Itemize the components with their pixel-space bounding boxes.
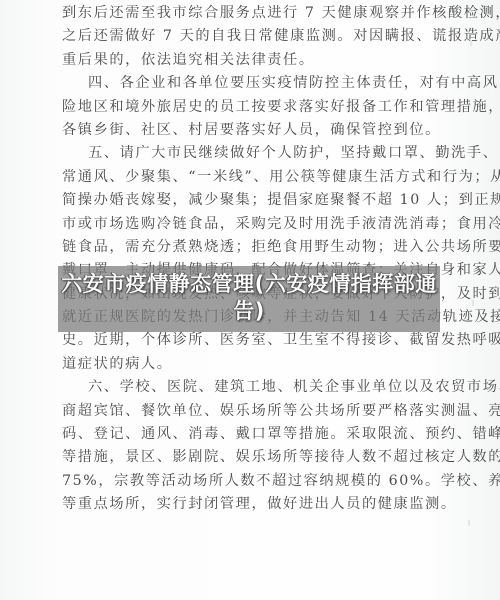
document-line: 码、登记、通风、消毒、戴口罩等措施。采取限流、预约、错峰 bbox=[62, 423, 430, 446]
document-line: 各镇乡街、社区、村居要落实好人员，确保管控到位。 bbox=[62, 119, 430, 142]
document-line: 史。近期，个体诊所、医务室、卫生室不得接诊、截留发热呼吸 bbox=[62, 329, 430, 352]
document-line: 链食品，需充分煮熟烧透；拒绝食用野生动物；进入公共场所要 bbox=[62, 236, 430, 259]
document-line: 道症状的病人。 bbox=[62, 353, 430, 376]
document-line: 之后还需做好 7 天的自我日常健康监测。对因瞒报、谎报造成严 bbox=[62, 25, 430, 48]
document-line: 75%，宗教等活动场所人数不超过容纳规模的 60%。学校、养老院 bbox=[62, 470, 430, 493]
document-line: 商超宾馆、餐饮单位、娱乐场所等公共场所要严格落实测温、亮 bbox=[62, 400, 430, 423]
scan-speck bbox=[472, 300, 474, 306]
document-line: 险地区和境外旅居史的员工按要求落实好报备工作和管理措施， bbox=[62, 96, 430, 119]
document-line: 市或市场选购冷链食品，采购完及时用洗手液清洗消毒；食用冷 bbox=[62, 213, 430, 236]
document-line: 等措施，景区、影剧院、娱乐场所等接待人数不超过核定人数的 bbox=[62, 446, 430, 469]
document-line: 等重点场所，实行封闭管理，做好进出人员的健康监测。 bbox=[62, 493, 430, 516]
title-overlay-banner: 六安市疫情静态管理(六安疫情指挥部通告) bbox=[58, 266, 440, 332]
document-body: 到东后还需至我市综合服务点进行 7 天健康观察并作核酸检测，之后还需做好 7 天… bbox=[62, 2, 430, 517]
document-line: 五、请广大市民继续做好个人防护，坚持戴口罩、勤洗手、 bbox=[62, 142, 430, 165]
overlay-title: 六安市疫情静态管理(六安疫情指挥部通告) bbox=[58, 266, 440, 325]
document-line: 六、学校、医院、建筑工地、机关企事业单位以及农贸市场、 bbox=[62, 376, 430, 399]
document-line: 四、各企业和各单位要压实疫情防控主体责任，对有中高风 bbox=[62, 72, 430, 95]
document-line: 常通风、少聚集、“一米线”、用公筷等健康生活方式和行为；从 bbox=[62, 166, 430, 189]
scan-speck bbox=[470, 40, 472, 46]
document-line: 到东后还需至我市综合服务点进行 7 天健康观察并作核酸检测， bbox=[62, 2, 430, 25]
document-line: 简操办婚丧嫁娶，减少聚集；提倡家庭聚餐不超 10 人；到正规超 bbox=[62, 189, 430, 212]
scan-speck bbox=[468, 520, 470, 526]
document-line: 重后果的，依法追究相关法律责任。 bbox=[62, 49, 430, 72]
